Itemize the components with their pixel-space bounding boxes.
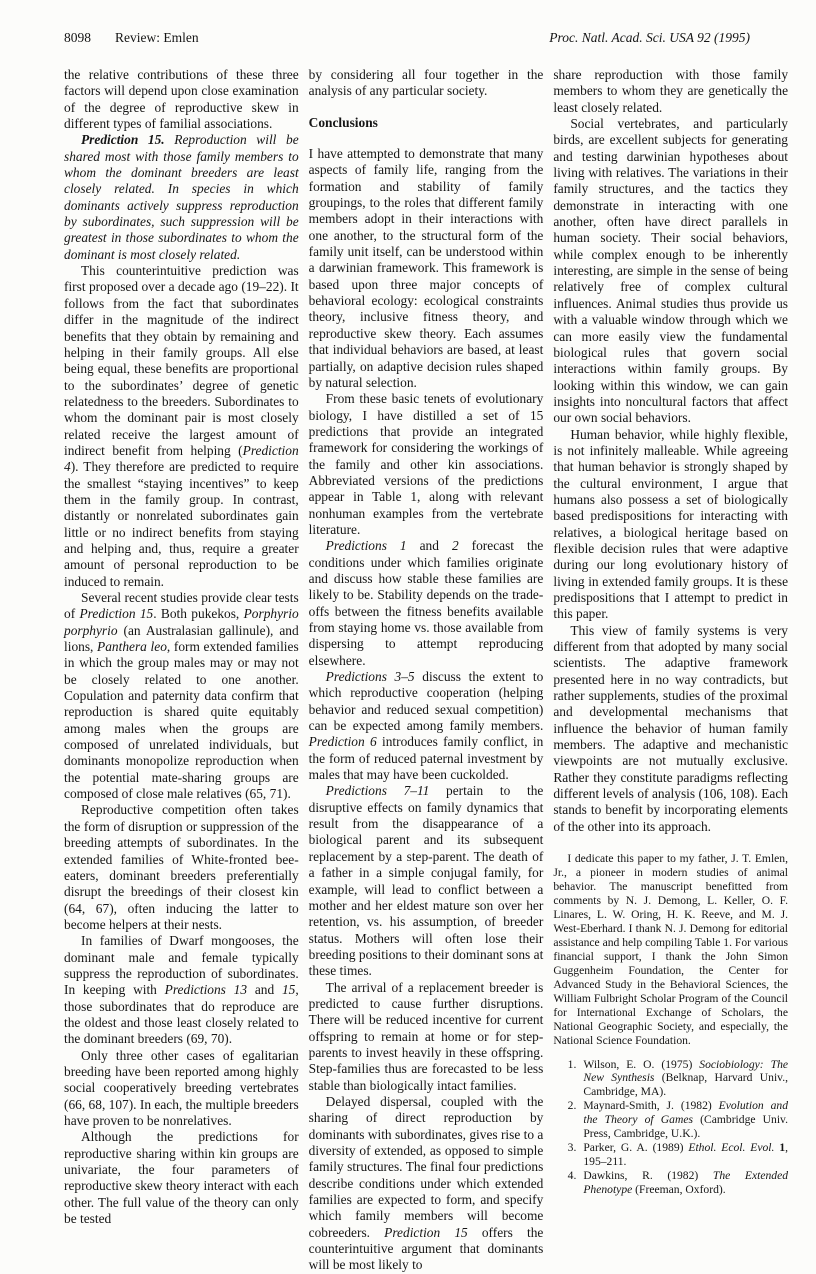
text-run: . Both pukekos, (153, 606, 243, 621)
text-run: pertain to the disruptive effects on fam… (309, 783, 544, 978)
paragraph: Reproductive competition often takes the… (64, 802, 299, 933)
column-middle: by considering all four together in the … (309, 67, 544, 1274)
reference-item: 1.Wilson, E. O. (1975) Sociobiology: The… (553, 1058, 788, 1100)
paragraph: The arrival of a replacement breeder is … (309, 980, 544, 1094)
section-heading: Conclusions (309, 115, 544, 131)
text-run: , form extended families in which the gr… (64, 639, 299, 801)
text-run: Maynard-Smith, J. (1982) (583, 1099, 718, 1112)
text-run: Parker, G. A. (1989) (583, 1141, 688, 1154)
text-run: Social vertebrates, and particularly bir… (553, 116, 788, 425)
paragraph: Several recent studies provide clear tes… (64, 590, 299, 802)
paragraph: by considering all four together in the … (309, 67, 544, 100)
text-run: Reproductive competition often takes the… (64, 802, 299, 931)
article-body: the relative contributions of these thre… (64, 67, 788, 1274)
text-run: 15 (282, 982, 295, 997)
text-run: This view of family systems is very diff… (553, 623, 788, 834)
paragraph: Prediction 15. Reproduction will be shar… (64, 132, 299, 263)
text-run: (Freeman, Oxford). (632, 1183, 725, 1196)
text-run: Ethol. Ecol. Evol. (688, 1141, 774, 1154)
paragraph: In families of Dwarf mongooses, the domi… (64, 933, 299, 1047)
reference-number: 1. (553, 1058, 583, 1100)
journal-citation: Proc. Natl. Acad. Sci. USA 92 (1995) (549, 30, 750, 46)
text-run: I dedicate this paper to my father, J. T… (553, 852, 788, 1046)
paragraph: Predictions 7–11 pertain to the disrupti… (309, 783, 544, 979)
text-run: Prediction 15. (81, 132, 165, 147)
text-run: Prediction 6 (309, 734, 377, 749)
reference-item: 3.Parker, G. A. (1989) Ethol. Ecol. Evol… (553, 1141, 788, 1169)
paragraph: I have attempted to demonstrate that man… (309, 146, 544, 391)
text-run: I have attempted to demonstrate that man… (309, 146, 544, 390)
journal-page: 8098 Review: Emlen Proc. Natl. Acad. Sci… (0, 0, 816, 1274)
reference-number: 4. (553, 1169, 583, 1197)
acknowledgment: I dedicate this paper to my father, J. T… (553, 852, 788, 1047)
text-run: forecast the conditions under which fami… (309, 538, 544, 667)
reference-number: 3. (553, 1141, 583, 1169)
text-run: by considering all four together in the … (309, 67, 544, 98)
reference-item: 4.Dawkins, R. (1982) The Extended Phenot… (553, 1169, 788, 1197)
text-run: Although the predictions for reproductiv… (64, 1129, 299, 1226)
text-run: Wilson, E. O. (1975) (583, 1058, 699, 1071)
paragraph: Only three other cases of egalitarian br… (64, 1048, 299, 1130)
text-run: Predictions 3–5 (326, 669, 415, 684)
text-run: and (247, 982, 282, 997)
text-run: The arrival of a replacement breeder is … (309, 980, 544, 1093)
reference-text: Maynard-Smith, J. (1982) Evolution and t… (583, 1099, 788, 1141)
paragraph: Although the predictions for reproductiv… (64, 1129, 299, 1227)
paragraph: Delayed dispersal, coupled with the shar… (309, 1094, 544, 1274)
header-left: 8098 Review: Emlen (64, 30, 199, 46)
page-number: 8098 (64, 30, 91, 46)
reference-text: Parker, G. A. (1989) Ethol. Ecol. Evol. … (583, 1141, 788, 1169)
text-run: Prediction 15 (80, 606, 154, 621)
text-run: Predictions 1 (326, 538, 407, 553)
paragraph: Predictions 1 and 2 forecast the conditi… (309, 538, 544, 669)
text-run: Prediction 15 (384, 1225, 468, 1240)
reference-number: 2. (553, 1099, 583, 1141)
text-run: From these basic tenets of evolutionary … (309, 391, 544, 537)
reference-text: Dawkins, R. (1982) The Extended Phenotyp… (583, 1169, 788, 1197)
reference-text: Wilson, E. O. (1975) Sociobiology: The N… (583, 1058, 788, 1100)
reference-item: 2.Maynard-Smith, J. (1982) Evolution and… (553, 1099, 788, 1141)
text-run: ). They therefore are predicted to requi… (64, 459, 299, 588)
paragraph: Predictions 3–5 discuss the extent to wh… (309, 669, 544, 783)
text-run: Predictions 7–11 (326, 783, 430, 798)
text-run: and (407, 538, 452, 553)
paragraph: Social vertebrates, and particularly bir… (553, 116, 788, 427)
text-run: Human behavior, while highly flexible, i… (553, 427, 788, 622)
reference-list: 1.Wilson, E. O. (1975) Sociobiology: The… (553, 1058, 788, 1198)
page-header: 8098 Review: Emlen Proc. Natl. Acad. Sci… (64, 30, 788, 46)
text-run: Predictions 13 (165, 982, 247, 997)
paragraph: the relative contributions of these thre… (64, 67, 299, 132)
running-title: Review: Emlen (115, 30, 199, 46)
paragraph: share reproduction with those family mem… (553, 67, 788, 116)
text-run: Conclusions (309, 115, 378, 130)
text-run: This counterintuitive prediction was fir… (64, 263, 299, 458)
text-run: share reproduction with those family mem… (553, 67, 788, 115)
text-run: Delayed dispersal, coupled with the shar… (309, 1094, 544, 1240)
column-left: the relative contributions of these thre… (64, 67, 299, 1274)
paragraph: This counterintuitive prediction was fir… (64, 263, 299, 590)
text-run: Only three other cases of egalitarian br… (64, 1048, 299, 1128)
text-run: 2 (452, 538, 459, 553)
text-run: Reproduction will be shared most with th… (64, 132, 299, 261)
column-right: share reproduction with those family mem… (553, 67, 788, 1274)
paragraph: Human behavior, while highly flexible, i… (553, 427, 788, 623)
text-run: Panthera leo (97, 639, 167, 654)
text-run: Dawkins, R. (1982) (583, 1169, 713, 1182)
paragraph: This view of family systems is very diff… (553, 623, 788, 835)
text-run: the relative contributions of these thre… (64, 67, 299, 131)
paragraph: From these basic tenets of evolutionary … (309, 391, 544, 538)
